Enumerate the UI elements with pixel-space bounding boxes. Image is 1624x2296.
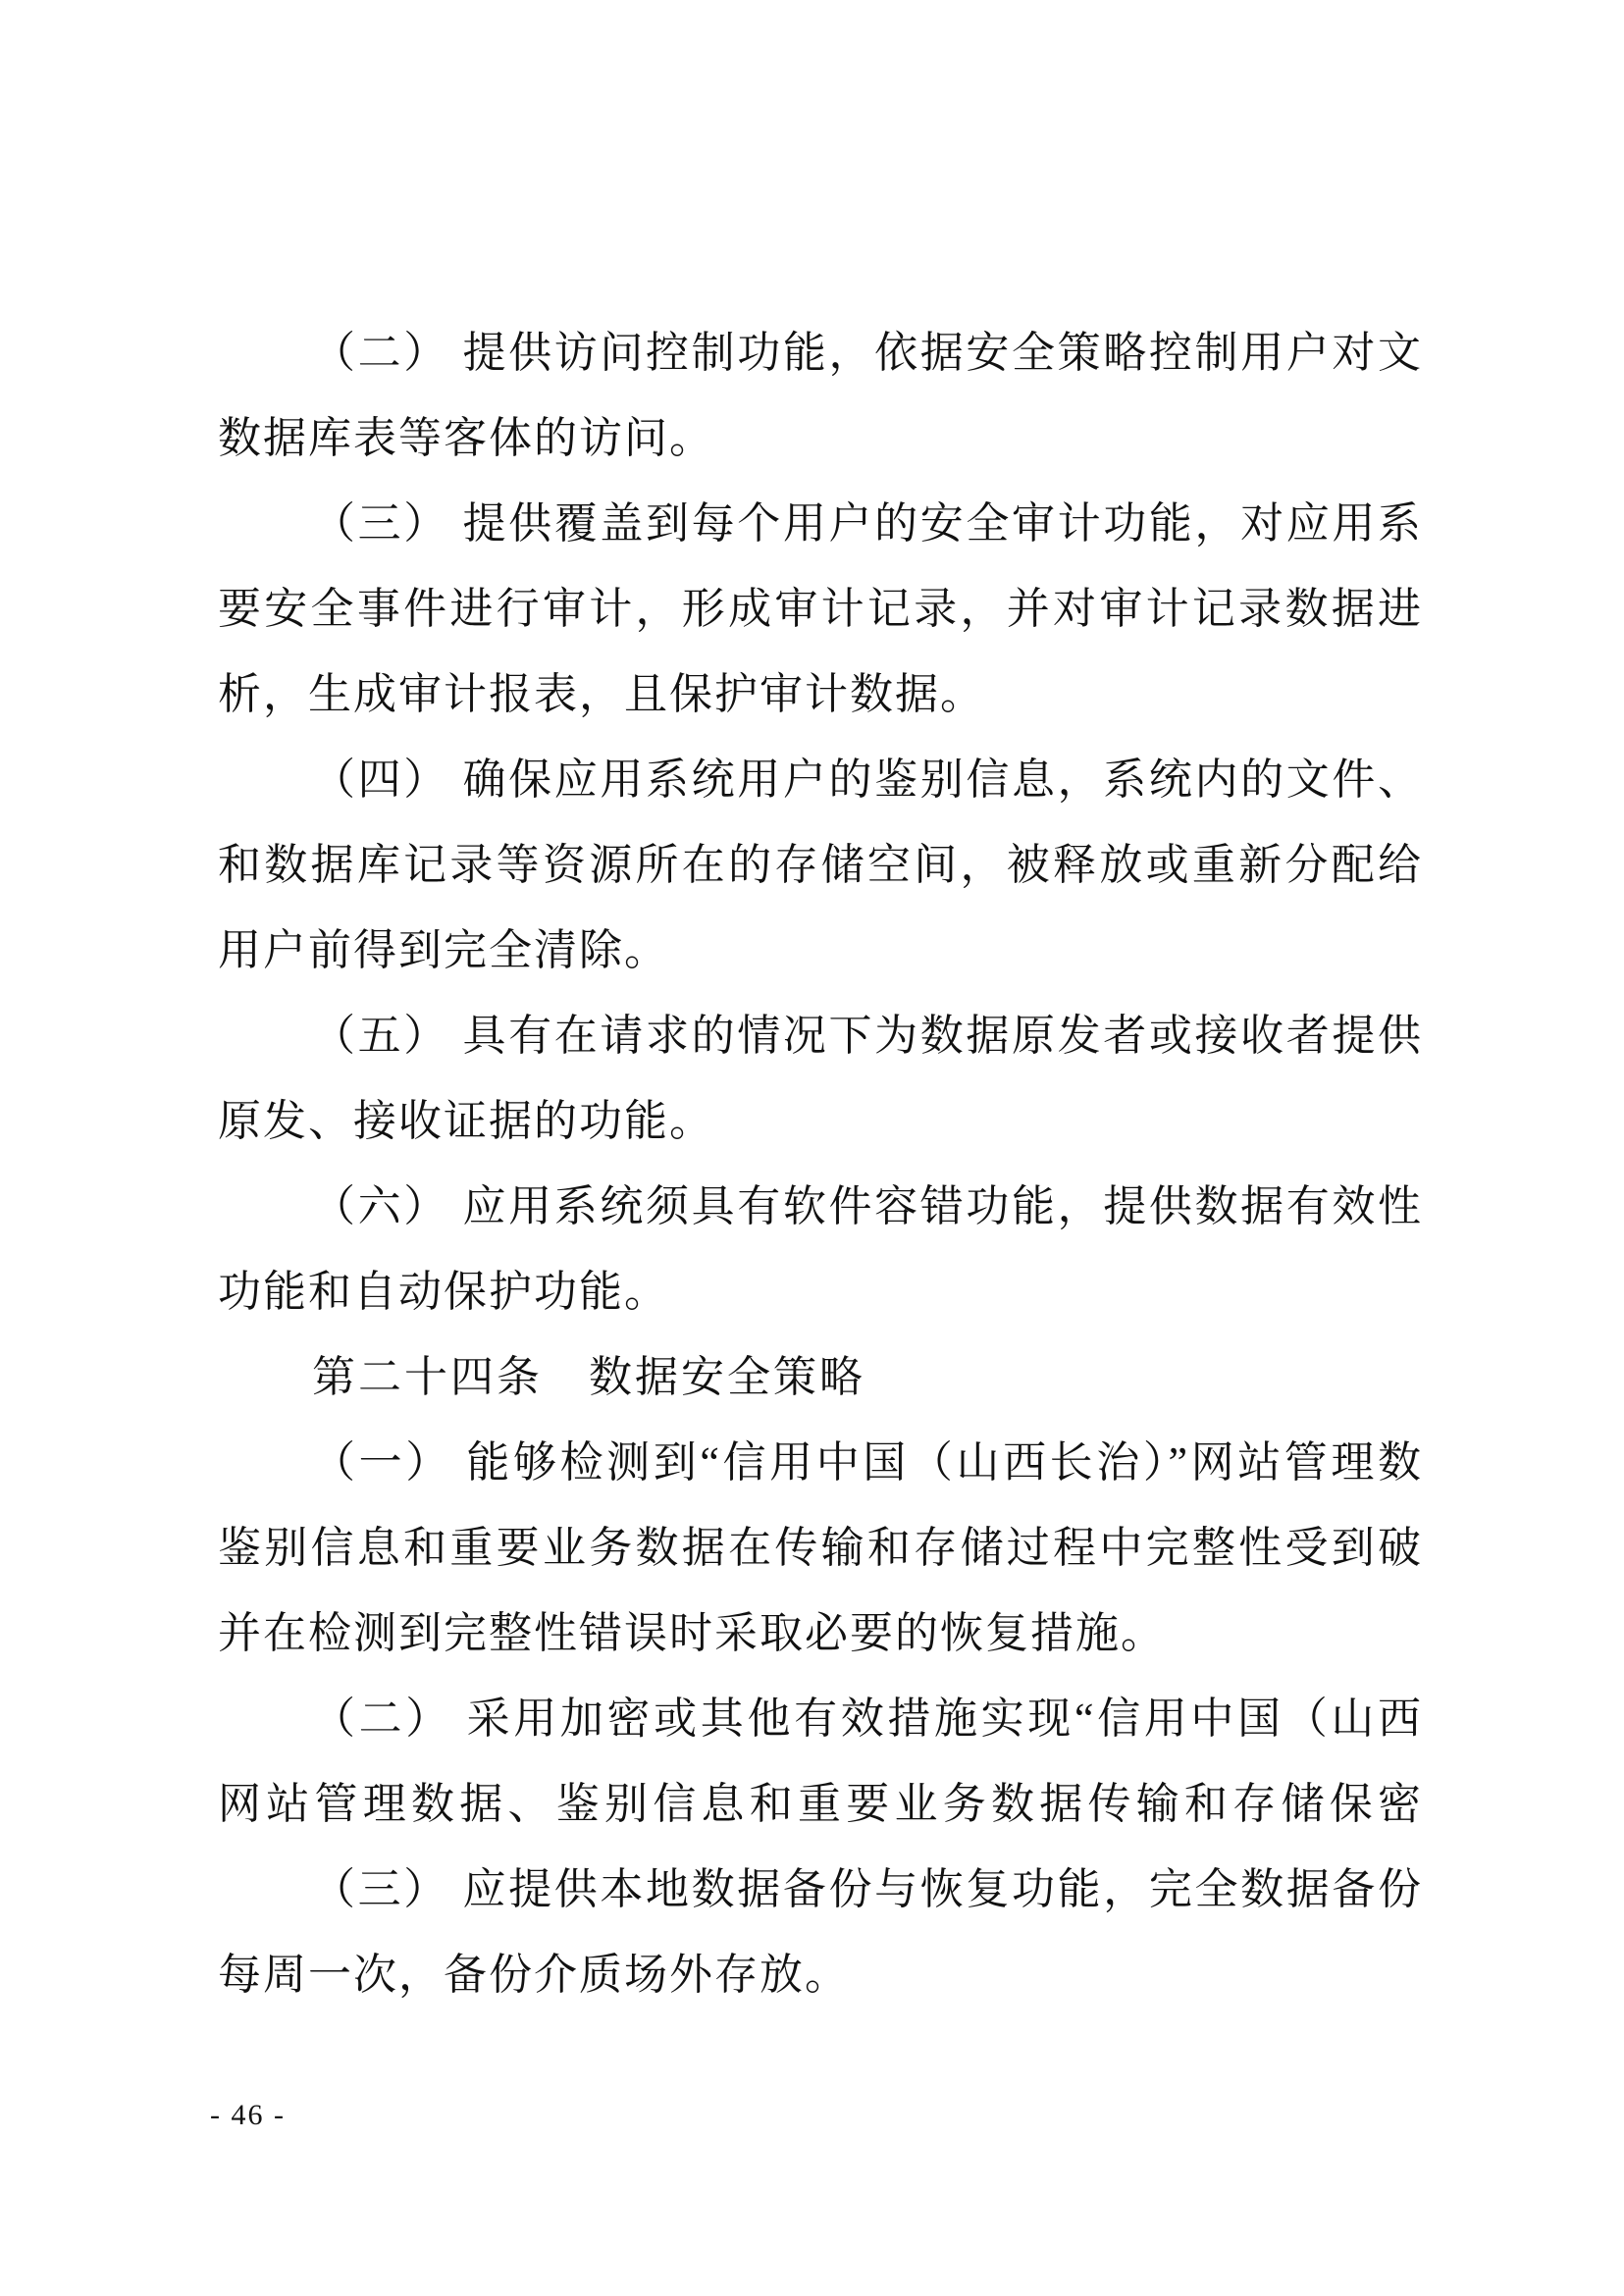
document-body: （二） 提供访问控制功能，依据安全策略控制用户对文件、 数据库表等客体的访问。 … xyxy=(218,310,1423,2017)
text-line: 网站管理数据、鉴别信息和重要业务数据传输和存储保密性。 xyxy=(218,1761,1423,1847)
text-line: 功能和自动保护功能。 xyxy=(218,1249,1423,1334)
text-line: 原发、接收证据的功能。 xyxy=(218,1078,1423,1164)
section-heading: 第二十四条 数据安全策略 xyxy=(218,1334,1423,1420)
text-line: 和数据库记录等资源所在的存储空间，被释放或重新分配给其他 xyxy=(218,822,1423,908)
page-number: - 46 - xyxy=(210,2096,286,2135)
text-line: （三） 提供覆盖到每个用户的安全审计功能，对应用系统重 xyxy=(218,481,1423,566)
text-line: 析，生成审计报表，且保护审计数据。 xyxy=(218,652,1423,737)
text-line: （六） 应用系统须具有软件容错功能，提供数据有效性检验 xyxy=(218,1164,1423,1249)
text-line: 要安全事件进行审计，形成审计记录，并对审计记录数据进行分 xyxy=(218,566,1423,652)
text-line: （三） 应提供本地数据备份与恢复功能，完全数据备份至少 xyxy=(218,1847,1423,1932)
text-line: 鉴别信息和重要业务数据在传输和存储过程中完整性受到破坏， xyxy=(218,1505,1423,1591)
text-line: 每周一次，备份介质场外存放。 xyxy=(218,1932,1423,2017)
text-line: （四） 确保应用系统用户的鉴别信息，系统内的文件、目录 xyxy=(218,737,1423,822)
text-line: （一） 能够检测到“信用中国（山西长治）”网站管理数据、 xyxy=(218,1420,1423,1505)
text-line: 用户前得到完全清除。 xyxy=(218,908,1423,993)
document-page: （二） 提供访问控制功能，依据安全策略控制用户对文件、 数据库表等客体的访问。 … xyxy=(0,0,1624,2296)
text-line: （五） 具有在请求的情况下为数据原发者或接收者提供数据 xyxy=(218,993,1423,1078)
text-line: 并在检测到完整性错误时采取必要的恢复措施。 xyxy=(218,1591,1423,1676)
text-line: 数据库表等客体的访问。 xyxy=(218,395,1423,481)
text-line: （二） 提供访问控制功能，依据安全策略控制用户对文件、 xyxy=(218,310,1423,395)
text-line: （二） 采用加密或其他有效措施实现“信用中国（山西长治）” xyxy=(218,1676,1423,1761)
